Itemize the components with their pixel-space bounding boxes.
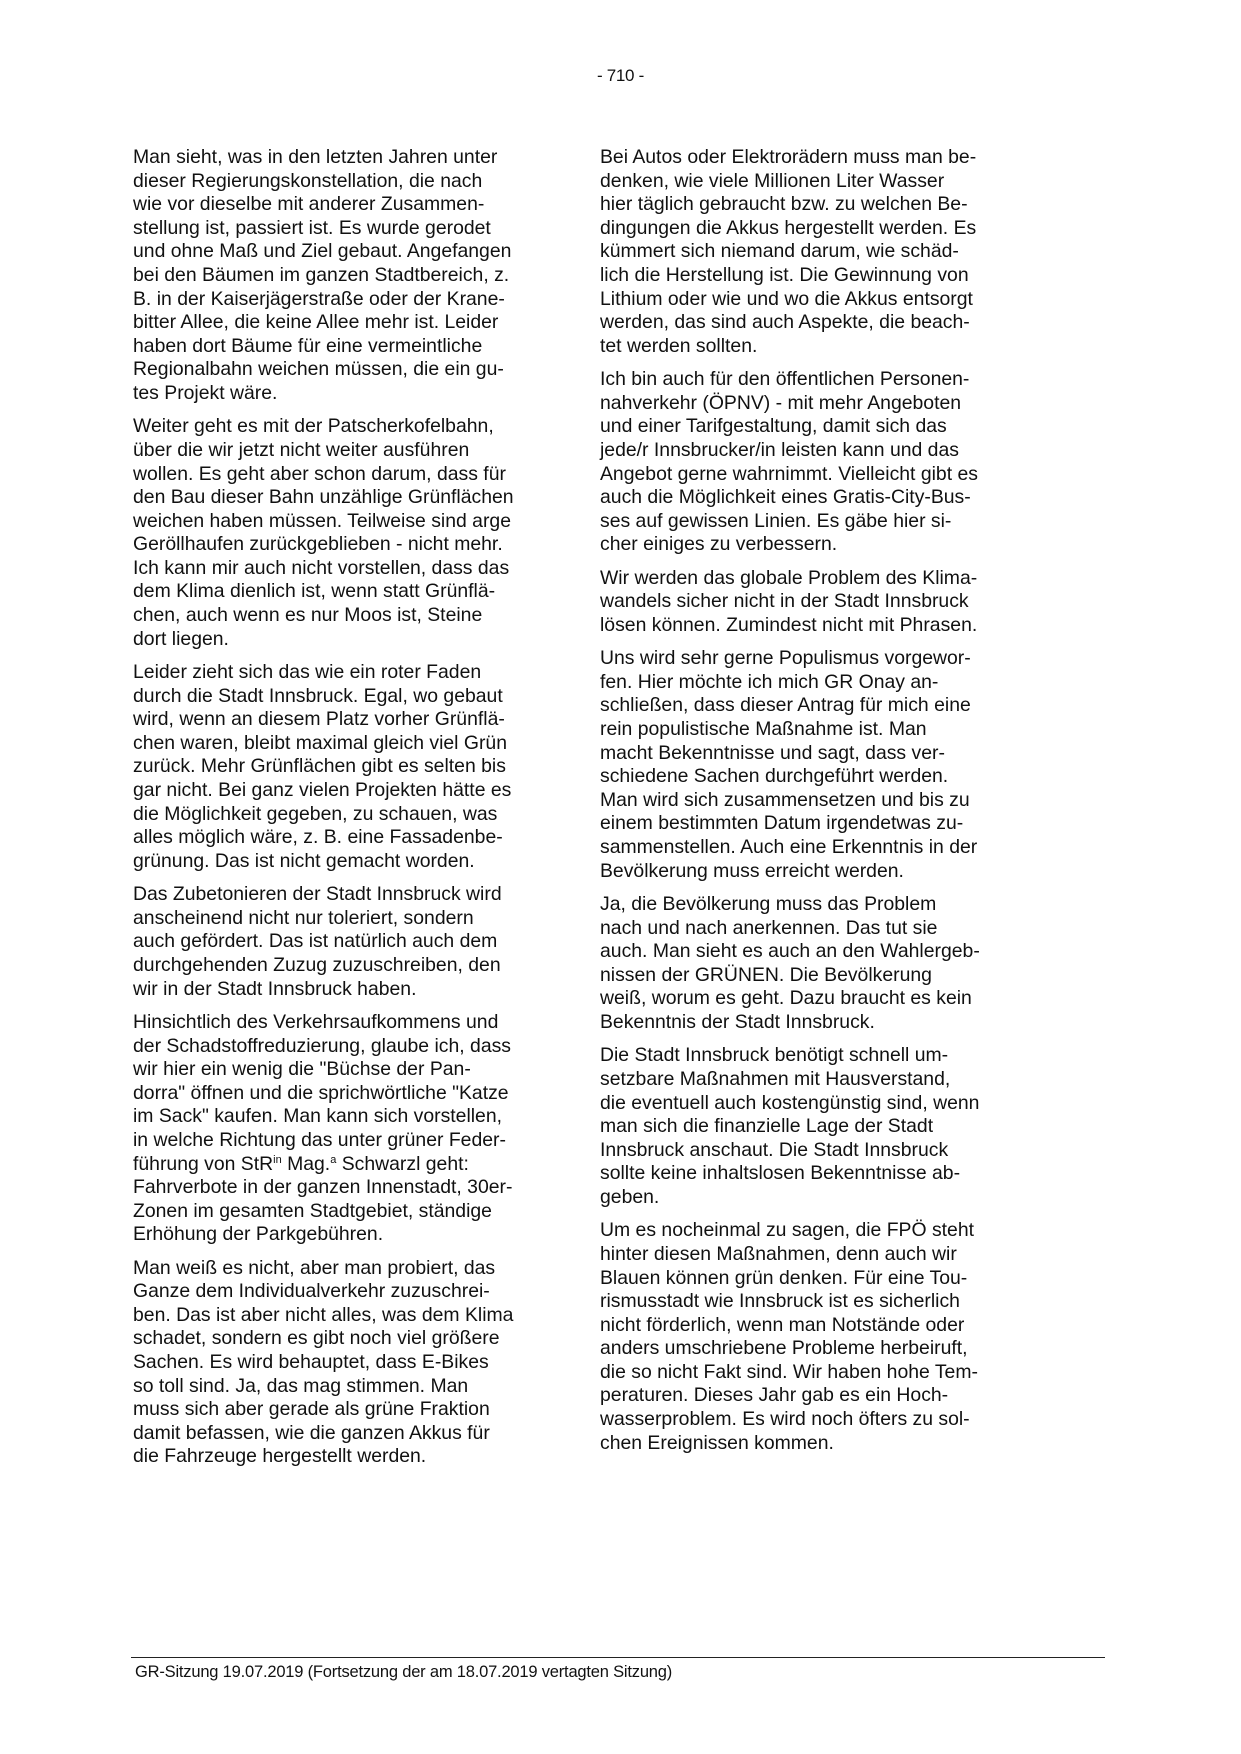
paragraph: Ja, die Bevölkerung muss das Problemnach… [600,893,1040,1035]
text-line: tes Projekt wäre. [133,382,573,406]
text-line: durch die Stadt Innsbruck. Egal, wo geba… [133,685,573,709]
text-line: schadet, sondern es gibt noch viel größe… [133,1327,573,1351]
text-line: tet werden sollten. [600,335,1040,359]
text-line: Man wird sich zusammensetzen und bis zu [600,789,1040,813]
text-line: Ja, die Bevölkerung muss das Problem [600,893,1040,917]
text-line: Ganze dem Individualverkehr zuzuschrei- [133,1280,573,1304]
text-line: Man weiß es nicht, aber man probiert, da… [133,1257,573,1281]
text-line: hinter diesen Maßnahmen, denn auch wir [600,1243,1040,1267]
text-line: Sachen. Es wird behauptet, dass E-Bikes [133,1351,573,1375]
footer-session-info: GR-Sitzung 19.07.2019 (Fortsetzung der a… [135,1663,672,1682]
text-line: wandels sicher nicht in der Stadt Innsbr… [600,590,1040,614]
text-line: die eventuell auch kostengünstig sind, w… [600,1092,1040,1116]
text-line: chen Ereignissen kommen. [600,1432,1040,1456]
text-line: Um es nocheinmal zu sagen, die FPÖ steht [600,1219,1040,1243]
text-line: rein populistische Maßnahme ist. Man [600,718,1040,742]
text-line: dem Klima dienlich ist, wenn statt Grünf… [133,580,573,604]
text-line: Innsbruck anschaut. Die Stadt Innsbruck [600,1139,1040,1163]
text-line: nicht förderlich, wenn man Notstände ode… [600,1314,1040,1338]
text-line: wollen. Es geht aber schon darum, dass f… [133,463,573,487]
text-line: Man sieht, was in den letzten Jahren unt… [133,146,573,170]
text-line: dorra" öffnen und die sprichwörtliche "K… [133,1082,573,1106]
text-line: ben. Das ist aber nicht alles, was dem K… [133,1304,573,1328]
text-line: haben dort Bäume für eine vermeintliche [133,335,573,359]
text-line: die Fahrzeuge hergestellt werden. [133,1445,573,1469]
text-line: auch. Man sieht es auch an den Wahlergeb… [600,940,1040,964]
text-line: Das Zubetonieren der Stadt Innsbruck wir… [133,883,573,907]
text-line: Hinsichtlich des Verkehrsaufkommens und [133,1011,573,1035]
text-line: fen. Hier möchte ich mich GR Onay an- [600,671,1040,695]
text-fragment: Mag. [282,1153,331,1175]
text-line: und ohne Maß und Ziel gebaut. Angefangen [133,240,573,264]
text-line: geben. [600,1186,1040,1210]
text-line: zurück. Mehr Grünflächen gibt es selten … [133,755,573,779]
text-line: muss sich aber gerade als grüne Fraktion [133,1398,573,1422]
text-line: peraturen. Dieses Jahr gab es ein Hoch- [600,1384,1040,1408]
text-line: lösen können. Zumindest nicht mit Phrase… [600,614,1040,638]
right-column: Bei Autos oder Elektrorädern muss man be… [600,146,1040,1465]
text-line: über die wir jetzt nicht weiter ausführe… [133,439,573,463]
text-line: Weiter geht es mit der Patscherkofelbahn… [133,415,573,439]
text-line: Uns wird sehr gerne Populismus vorgewor- [600,647,1040,671]
text-line: und einer Tarifgestaltung, damit sich da… [600,415,1040,439]
text-line: alles möglich wäre, z. B. eine Fassadenb… [133,826,573,850]
text-fragment: führung von StR [133,1153,273,1175]
text-line: wir hier ein wenig die "Büchse der Pan- [133,1058,573,1082]
text-line: Bevölkerung muss erreicht werden. [600,860,1040,884]
text-line: im Sack" kaufen. Man kann sich vorstelle… [133,1105,573,1129]
text-line: denken, wie viele Millionen Liter Wasser [600,170,1040,194]
text-line: einem bestimmten Datum irgendetwas zu- [600,812,1040,836]
text-line: werden, das sind auch Aspekte, die beach… [600,311,1040,335]
paragraph: Das Zubetonieren der Stadt Innsbruck wir… [133,883,573,1001]
paragraph: Man sieht, was in den letzten Jahren unt… [133,146,573,406]
paragraph: Wir werden das globale Problem des Klima… [600,567,1040,638]
text-line: Erhöhung der Parkgebühren. [133,1223,573,1247]
paragraph: Uns wird sehr gerne Populismus vorgewor-… [600,647,1040,883]
text-line: die Möglichkeit gegeben, zu schauen, was [133,803,573,827]
text-line: grünung. Das ist nicht gemacht worden. [133,850,573,874]
text-line: Die Stadt Innsbruck benötigt schnell um- [600,1044,1040,1068]
text-line: kümmert sich niemand darum, wie schäd- [600,240,1040,264]
text-line: damit befassen, wie die ganzen Akkus für [133,1422,573,1446]
text-line: Bei Autos oder Elektrorädern muss man be… [600,146,1040,170]
text-line: Zonen im gesamten Stadtgebiet, ständige [133,1200,573,1224]
text-line: Lithium oder wie und wo die Akkus entsor… [600,288,1040,312]
text-line: die so nicht Fakt sind. Wir haben hohe T… [600,1361,1040,1385]
text-line: wird, wenn an diesem Platz vorher Grünfl… [133,708,573,732]
text-line: nahverkehr (ÖPNV) - mit mehr Angeboten [600,392,1040,416]
text-line: Ich bin auch für den öffentlichen Person… [600,368,1040,392]
text-line: dieser Regierungskonstellation, die nach [133,170,573,194]
left-column: Man sieht, was in den letzten Jahren unt… [133,146,573,1479]
text-line: schiedene Sachen durchgeführt werden. [600,765,1040,789]
page-number: - 710 - [0,66,1241,86]
text-line: bitter Allee, die keine Allee mehr ist. … [133,311,573,335]
paragraph: Weiter geht es mit der Patscherkofelbahn… [133,415,573,651]
text-line: durchgehenden Zuzug zuzuschreiben, den [133,954,573,978]
text-line: der Schadstoffreduzierung, glaube ich, d… [133,1035,573,1059]
text-line: nissen der GRÜNEN. Die Bevölkerung [600,964,1040,988]
text-line: gar nicht. Bei ganz vielen Projekten hät… [133,779,573,803]
text-line: Geröllhaufen zurückgeblieben - nicht meh… [133,533,573,557]
text-line: weiß, worum es geht. Dazu braucht es kei… [600,987,1040,1011]
text-line: den Bau dieser Bahn unzählige Grünfläche… [133,486,573,510]
text-line: Blauen können grün denken. Für eine Tou- [600,1267,1040,1291]
paragraph: Die Stadt Innsbruck benötigt schnell um-… [600,1044,1040,1209]
text-line: Angebot gerne wahrnimmt. Vielleicht gibt… [600,463,1040,487]
text-line: wie vor dieselbe mit anderer Zusammen- [133,193,573,217]
text-line: stellung ist, passiert ist. Es wurde ger… [133,217,573,241]
text-line: ses auf gewissen Linien. Es gäbe hier si… [600,510,1040,534]
text-line: so toll sind. Ja, das mag stimmen. Man [133,1375,573,1399]
text-line: Wir werden das globale Problem des Klima… [600,567,1040,591]
text-line: Ich kann mir auch nicht vorstellen, dass… [133,557,573,581]
text-line: in welche Richtung das unter grüner Fede… [133,1129,573,1153]
text-line: anscheinend nicht nur toleriert, sondern [133,907,573,931]
text-line: setzbare Maßnahmen mit Hausverstand, [600,1068,1040,1092]
text-line: nach und nach anerkennen. Das tut sie [600,917,1040,941]
text-line: weichen haben müssen. Teilweise sind arg… [133,510,573,534]
text-line: hier täglich gebraucht bzw. zu welchen B… [600,193,1040,217]
text-line: Leider zieht sich das wie ein roter Fade… [133,661,573,685]
text-line: jede/r Innsbrucker/in leisten kann und d… [600,439,1040,463]
text-line: dingungen die Akkus hergestellt werden. … [600,217,1040,241]
paragraph: Ich bin auch für den öffentlichen Person… [600,368,1040,557]
text-line: dort liegen. [133,628,573,652]
text-line: schließen, dass dieser Antrag für mich e… [600,694,1040,718]
text-line: Regionalbahn weichen müssen, die ein gu- [133,358,573,382]
text-line: sollte keine inhaltslosen Bekenntnisse a… [600,1162,1040,1186]
footer-divider [131,1657,1105,1658]
text-line: cher einiges zu verbessern. [600,533,1040,557]
superscript: in [273,1154,282,1166]
paragraph: Hinsichtlich des Verkehrsaufkommens undd… [133,1011,573,1247]
paragraph: Man weiß es nicht, aber man probiert, da… [133,1257,573,1469]
text-line: sammenstellen. Auch eine Erkenntnis in d… [600,836,1040,860]
paragraph: Leider zieht sich das wie ein roter Fade… [133,661,573,873]
text-line: wasserproblem. Es wird noch öfters zu so… [600,1408,1040,1432]
text-line: Bekenntnis der Stadt Innsbruck. [600,1011,1040,1035]
text-line: lich die Herstellung ist. Die Gewinnung … [600,264,1040,288]
text-line: Fahrverbote in der ganzen Innenstadt, 30… [133,1176,573,1200]
text-line: man sich die finanzielle Lage der Stadt [600,1115,1040,1139]
text-line: bei den Bäumen im ganzen Stadtbereich, z… [133,264,573,288]
text-line: führung von StRin Mag.a Schwarzl geht: [133,1153,573,1177]
text-line: wir in der Stadt Innsbruck haben. [133,978,573,1002]
text-line: B. in der Kaiserjägerstraße oder der Kra… [133,288,573,312]
text-line: auch gefördert. Das ist natürlich auch d… [133,930,573,954]
text-line: macht Bekenntnisse und sagt, dass ver- [600,742,1040,766]
text-line: chen, auch wenn es nur Moos ist, Steine [133,604,573,628]
text-fragment: Schwarzl geht: [336,1153,469,1175]
paragraph: Um es nocheinmal zu sagen, die FPÖ steht… [600,1219,1040,1455]
paragraph: Bei Autos oder Elektrorädern muss man be… [600,146,1040,358]
text-line: anders umschriebene Probleme herbeiruft, [600,1337,1040,1361]
text-line: rismusstadt wie Innsbruck ist es sicherl… [600,1290,1040,1314]
text-line: auch die Möglichkeit eines Gratis-City-B… [600,486,1040,510]
text-line: chen waren, bleibt maximal gleich viel G… [133,732,573,756]
